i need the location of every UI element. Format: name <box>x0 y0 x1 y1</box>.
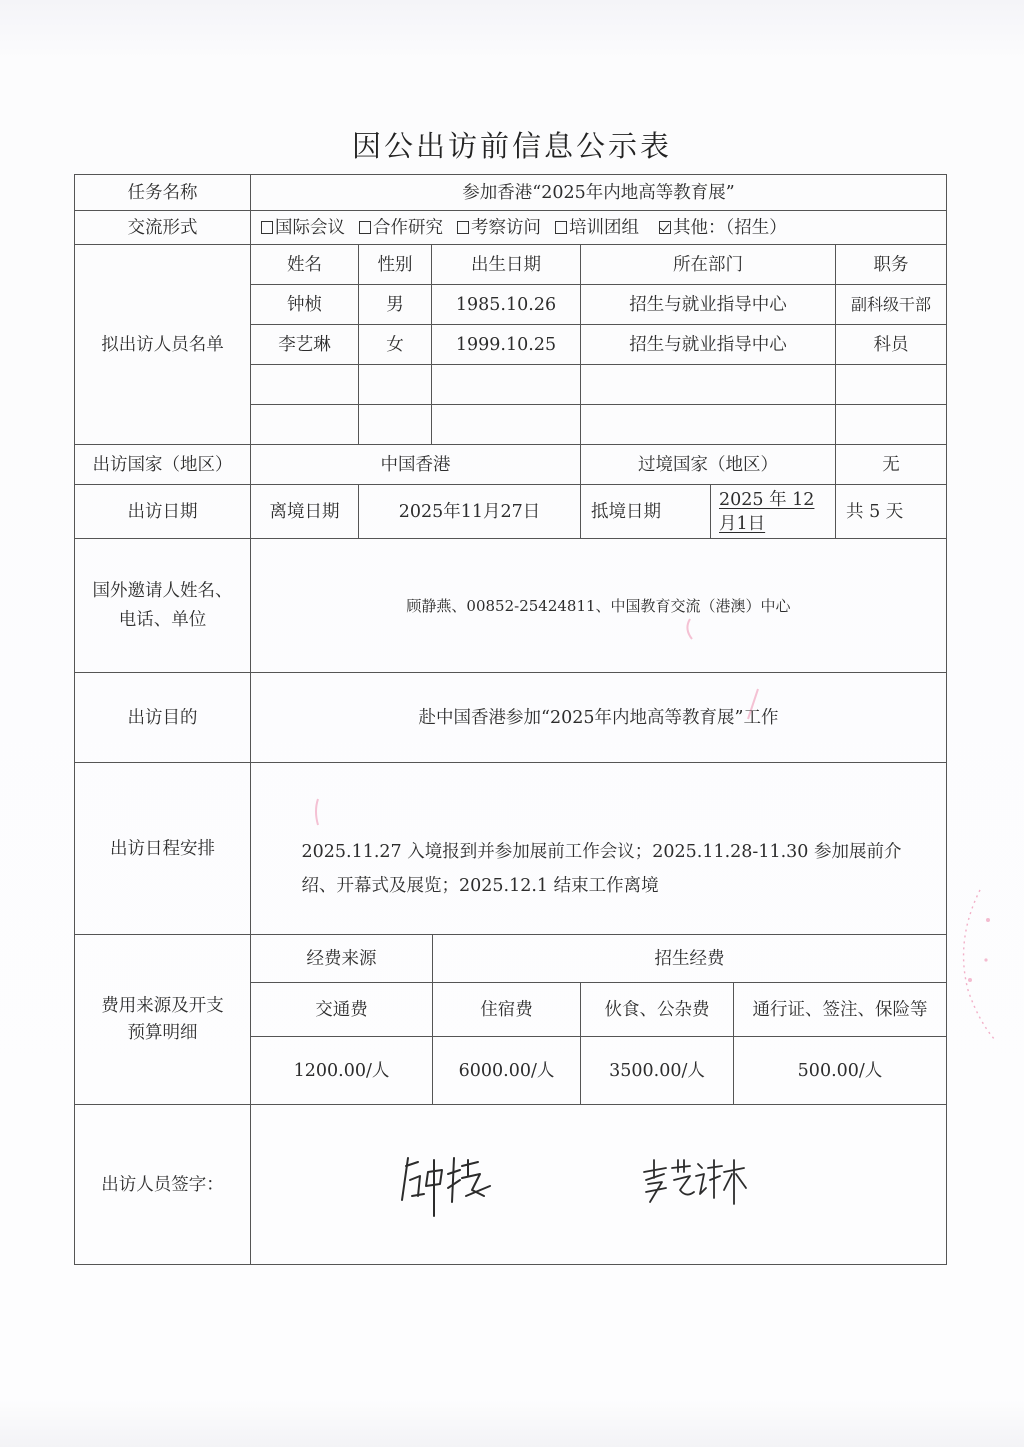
total-days: 共 5 天 <box>835 484 947 539</box>
cell-text: 招生与就业指导中心 <box>629 291 787 319</box>
personnel-header-name: 姓名 <box>250 244 359 285</box>
document-title: 因公出访前信息公示表 <box>0 124 1024 165</box>
signature-2-icon <box>640 1158 750 1208</box>
signature-1-icon <box>398 1152 498 1222</box>
exchange-label: 交流形式 <box>74 210 251 245</box>
return-value-line2: 月1日 <box>719 512 765 536</box>
exchange-options: 国际会议 合作研究 考察访问 培训团组 其他：（招生） <box>250 210 947 245</box>
table-row-3-position <box>835 364 947 405</box>
inviter-label-line2: 电话、单位 <box>119 606 207 635</box>
cell-text: 500.00/人 <box>798 1057 883 1085</box>
budget-source-value-text: 招生经费 <box>655 945 725 973</box>
signature-label-text: 出访人员签字： <box>101 1171 224 1199</box>
checkbox-checked-icon <box>659 221 671 234</box>
checkbox-empty-icon <box>261 221 273 234</box>
checkbox-empty-icon <box>555 221 567 234</box>
checkbox-training-group[interactable]: 培训团组 <box>555 214 639 242</box>
cell-text: 女 <box>386 331 404 359</box>
budget-header-lodging: 住宿费 <box>432 982 581 1037</box>
budget-source-value: 招生经费 <box>432 934 947 983</box>
table-row-2-gender: 女 <box>358 324 432 365</box>
budget-source-label-text: 经费来源 <box>307 945 377 973</box>
cell-text: 1985.10.26 <box>456 291 556 319</box>
table-row-4-department <box>580 404 836 445</box>
depart-label-text: 离境日期 <box>270 498 340 526</box>
table-row-3-name <box>250 364 359 405</box>
checkbox-label: 国际会议 <box>275 218 345 238</box>
depart-value-text: 2025年11月27日 <box>399 498 541 526</box>
budget-label: 费用来源及开支 预算明细 <box>74 934 251 1105</box>
table-row-2-department: 招生与就业指导中心 <box>580 324 836 365</box>
header-text: 伙食、公杂费 <box>605 996 710 1024</box>
header-text: 姓名 <box>287 251 322 279</box>
checkbox-international-conference[interactable]: 国际会议 <box>261 214 345 242</box>
cell-text: 招生与就业指导中心 <box>629 331 787 359</box>
table-row-1-department: 招生与就业指导中心 <box>580 284 836 325</box>
table-row-1-name: 钟桢 <box>250 284 359 325</box>
checkbox-label: 考察访问 <box>471 218 541 238</box>
checkbox-label: 其他：（招生） <box>673 218 787 238</box>
cell-text: 副科级干部 <box>851 292 931 318</box>
budget-label-line2: 预算明细 <box>128 1020 198 1047</box>
schedule-label-text: 出访日程安排 <box>110 835 215 863</box>
inviter-label: 国外邀请人姓名、 电话、单位 <box>74 538 251 673</box>
table-row-2-name: 李艺琳 <box>250 324 359 365</box>
return-label-text: 抵境日期 <box>591 498 661 526</box>
destination-label-text: 出访国家（地区） <box>93 451 233 479</box>
budget-value-lodging: 6000.00/人 <box>432 1036 581 1105</box>
cell-text: 男 <box>386 291 404 319</box>
schedule-line2: 绍、开幕式及展览；2025.12.1 结束工作离境 <box>301 876 658 896</box>
inviter-value-text: 顾静燕、00852-25424811、中国教育交流（港澳）中心 <box>406 594 790 618</box>
budget-value-transport: 1200.00/人 <box>250 1036 433 1105</box>
checkbox-label: 合作研究 <box>373 218 443 238</box>
destination-label: 出访国家（地区） <box>74 444 251 485</box>
cell-text: 科员 <box>874 331 909 359</box>
return-value-line1: 2025 年 12 <box>719 488 814 512</box>
return-label: 抵境日期 <box>580 484 711 539</box>
task-label-text: 任务名称 <box>128 179 198 207</box>
personnel-header-department: 所在部门 <box>580 244 836 285</box>
table-row-1-gender: 男 <box>358 284 432 325</box>
table-row-3-department <box>580 364 836 405</box>
checkbox-empty-icon <box>457 221 469 234</box>
schedule-line1: 2025.11.27 入境报到并参加展前工作会议；2025.11.28-11.3… <box>301 842 901 862</box>
table-row-1-birthdate: 1985.10.26 <box>431 284 581 325</box>
schedule-label: 出访日程安排 <box>74 762 251 935</box>
header-text: 性别 <box>378 251 413 279</box>
total-days-text: 共 5 天 <box>846 498 903 526</box>
inviter-label-line1: 国外邀请人姓名、 <box>93 577 233 606</box>
table-row-2-birthdate: 1999.10.25 <box>431 324 581 365</box>
header-text: 出生日期 <box>471 251 541 279</box>
cell-text: 6000.00/人 <box>459 1057 555 1085</box>
cell-text: 1999.10.25 <box>456 331 556 359</box>
table-row-4-gender <box>358 404 432 445</box>
exchange-label-text: 交流形式 <box>128 214 198 242</box>
budget-header-meals: 伙食、公杂费 <box>580 982 734 1037</box>
header-text: 通行证、签注、保险等 <box>753 996 928 1024</box>
signature-label: 出访人员签字： <box>74 1104 251 1265</box>
personnel-header-gender: 性别 <box>358 244 432 285</box>
budget-header-transport: 交通费 <box>250 982 433 1037</box>
table-row-4-position <box>835 404 947 445</box>
purpose-label-text: 出访目的 <box>128 704 198 732</box>
personnel-header-birthdate: 出生日期 <box>431 244 581 285</box>
task-value-text: 参加香港“2025年内地高等教育展” <box>462 179 734 207</box>
destination-value-text: 中国香港 <box>381 451 451 479</box>
cell-text: 3500.00/人 <box>609 1057 705 1085</box>
task-label: 任务名称 <box>74 174 251 211</box>
purpose-value-text: 赴中国香港参加“2025年内地高等教育展”工作 <box>419 704 779 732</box>
schedule-value: 2025.11.27 入境报到并参加展前工作会议；2025.11.28-11.3… <box>250 762 947 935</box>
personnel-label: 拟出访人员名单 <box>74 244 251 445</box>
table-row-2-position: 科员 <box>835 324 947 365</box>
budget-value-meals: 3500.00/人 <box>580 1036 734 1105</box>
transit-label: 过境国家（地区） <box>580 444 836 485</box>
table-row-3-birthdate <box>431 364 581 405</box>
budget-value-permits: 500.00/人 <box>733 1036 947 1105</box>
destination-value: 中国香港 <box>250 444 581 485</box>
personnel-label-text: 拟出访人员名单 <box>101 331 224 359</box>
task-value: 参加香港“2025年内地高等教育展” <box>250 174 947 211</box>
depart-value: 2025年11月27日 <box>358 484 581 539</box>
table-row-3-gender <box>358 364 432 405</box>
transit-label-text: 过境国家（地区） <box>638 451 778 479</box>
table-row-4-name <box>250 404 359 445</box>
budget-source-label: 经费来源 <box>250 934 433 983</box>
transit-value: 无 <box>835 444 947 485</box>
checkbox-label: 培训团组 <box>569 218 639 238</box>
cell-text: 钟桢 <box>287 291 322 319</box>
budget-label-line1: 费用来源及开支 <box>101 993 224 1020</box>
purpose-value: 赴中国香港参加“2025年内地高等教育展”工作 <box>250 672 947 763</box>
return-value: 2025 年 12 月1日 <box>710 484 836 539</box>
checkbox-inspection-visit[interactable]: 考察访问 <box>457 214 541 242</box>
table-row-4-birthdate <box>431 404 581 445</box>
table-row-1-position: 副科级干部 <box>835 284 947 325</box>
dates-label-text: 出访日期 <box>128 498 198 526</box>
purpose-label: 出访目的 <box>74 672 251 763</box>
header-text: 职务 <box>874 251 909 279</box>
checkbox-other[interactable]: 其他：（招生） <box>659 214 787 242</box>
header-text: 交通费 <box>315 996 368 1024</box>
cell-text: 李艺琳 <box>278 331 331 359</box>
depart-label: 离境日期 <box>250 484 359 539</box>
checkbox-empty-icon <box>359 221 371 234</box>
inviter-value: 顾静燕、00852-25424811、中国教育交流（港澳）中心 <box>250 538 947 673</box>
cell-text: 1200.00/人 <box>294 1057 390 1085</box>
dates-label: 出访日期 <box>74 484 251 539</box>
checkbox-research-cooperation[interactable]: 合作研究 <box>359 214 443 242</box>
signature-area <box>250 1104 947 1265</box>
schedule-text: 2025.11.27 入境报到并参加展前工作会议；2025.11.28-11.3… <box>291 835 905 903</box>
header-text: 所在部门 <box>673 251 743 279</box>
budget-header-permits: 通行证、签注、保险等 <box>733 982 947 1037</box>
personnel-header-position: 职务 <box>835 244 947 285</box>
header-text: 住宿费 <box>480 996 533 1024</box>
transit-value-text: 无 <box>882 451 900 479</box>
